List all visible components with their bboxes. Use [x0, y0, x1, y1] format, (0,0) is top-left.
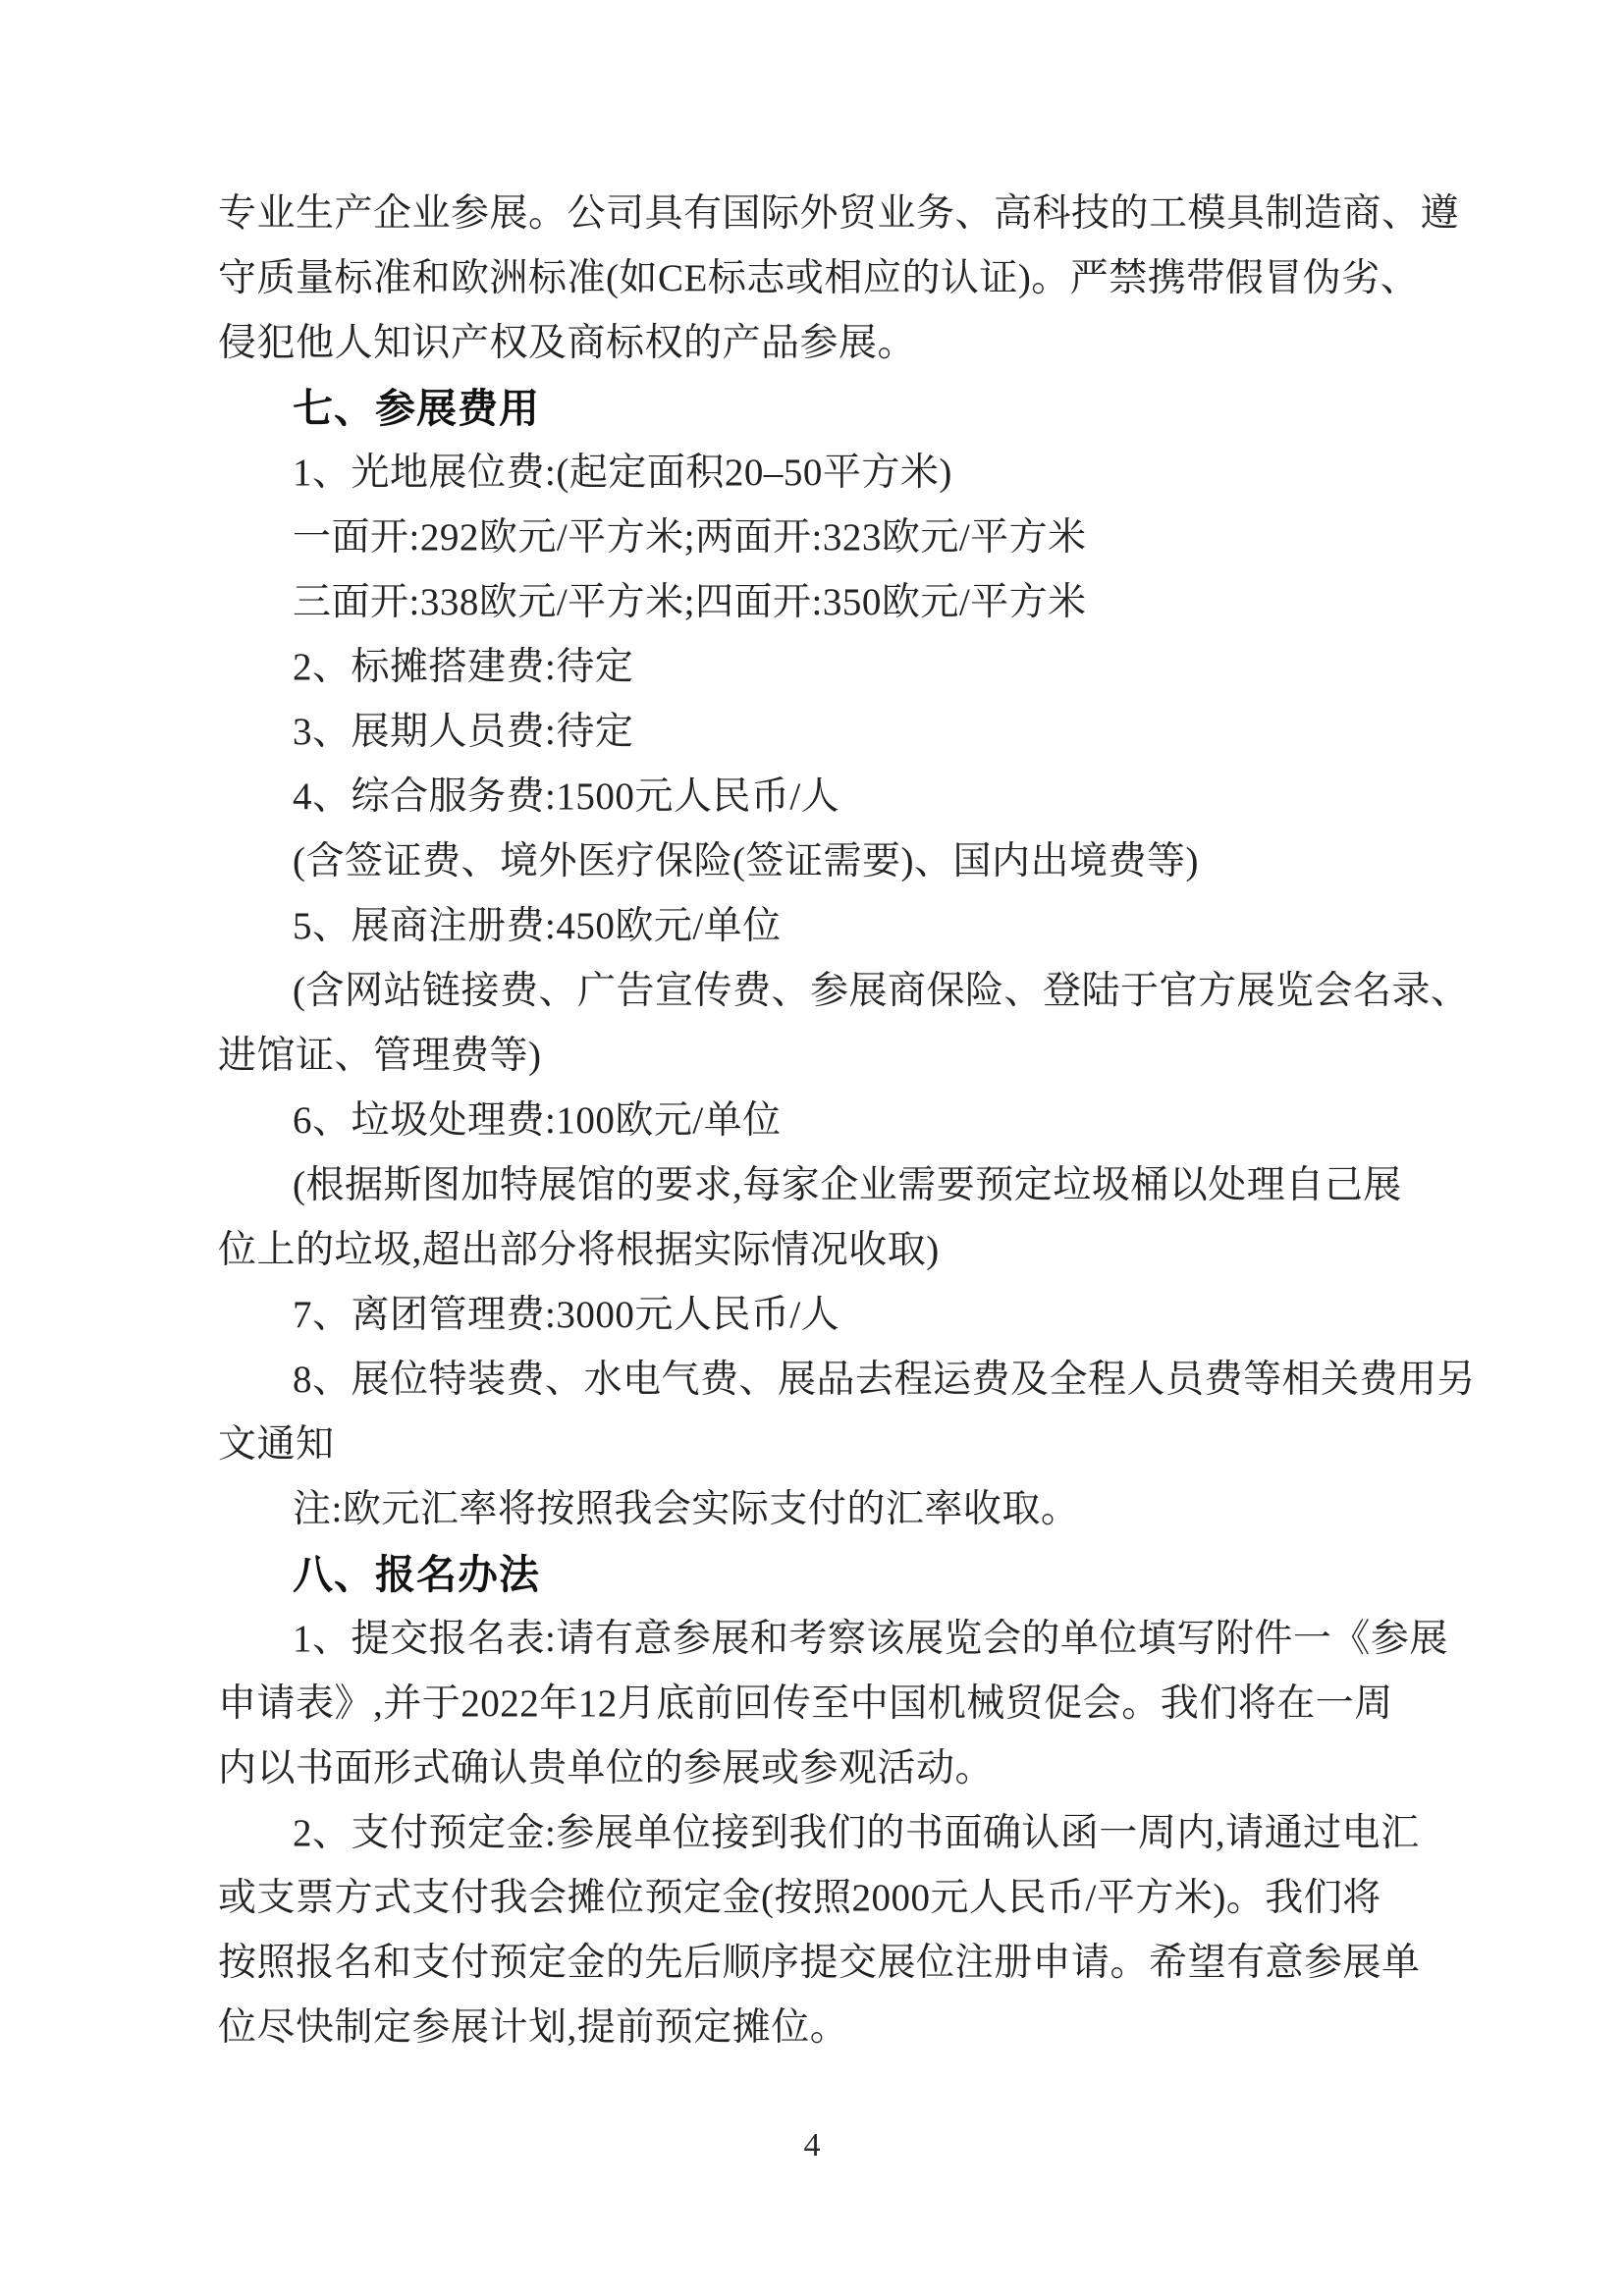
page-number: 4	[0, 2113, 1624, 2178]
text-line: 专业生产企业参展。公司具有国际外贸业务、高科技的工模具制造商、遵	[218, 182, 1426, 246]
text-line: 8、展位特装费、水电气费、展品去程运费及全程人员费等相关费用另	[218, 1348, 1426, 1413]
text-line: 7、离团管理费:3000元人民币/人	[218, 1283, 1426, 1348]
text-line: 位上的垃圾,超出部分将根据实际情况收取)	[218, 1218, 1426, 1283]
text-line: 6、垃圾处理费:100欧元/单位	[218, 1089, 1426, 1153]
text-line: 3、展期人员费:待定	[218, 700, 1426, 765]
text-line: 申请表》,并于2022年12月底前回传至中国机械贸促会。我们将在一周	[218, 1672, 1426, 1736]
section-heading: 八、报名办法	[218, 1542, 1426, 1607]
text-line: 或支票方式支付我会摊位预定金(按照2000元人民币/平方米)。我们将	[218, 1866, 1426, 1931]
text-line: 守质量标准和欧洲标准(如CE标志或相应的认证)。严禁携带假冒伪劣、	[218, 246, 1426, 311]
text-line: 位尽快制定参展计划,提前预定摊位。	[218, 1996, 1426, 2060]
text-line: 1、提交报名表:请有意参展和考察该展览会的单位填写附件一《参展	[218, 1607, 1426, 1672]
text-line: 侵犯他人知识产权及商标权的产品参展。	[218, 311, 1426, 376]
text-line: 一面开:292欧元/平方米;两面开:323欧元/平方米	[218, 506, 1426, 570]
text-line: 文通知	[218, 1413, 1426, 1477]
text-line: 1、光地展位费:(起定面积20–50平方米)	[218, 441, 1426, 506]
text-line: 内以书面形式确认贵单位的参展或参观活动。	[218, 1736, 1426, 1801]
text-line: 按照报名和支付预定金的先后顺序提交展位注册申请。希望有意参展单	[218, 1931, 1426, 1996]
text-line: (根据斯图加特展馆的要求,每家企业需要预定垃圾桶以处理自己展	[218, 1153, 1426, 1218]
text-line: 三面开:338欧元/平方米;四面开:350欧元/平方米	[218, 570, 1426, 635]
text-line: 进馆证、管理费等)	[218, 1024, 1426, 1089]
text-line: (含网站链接费、广告宣传费、参展商保险、登陆于官方展览会名录、	[218, 959, 1426, 1024]
text-line: 2、支付预定金:参展单位接到我们的书面确认函一周内,请通过电汇	[218, 1801, 1426, 1866]
section-heading: 七、参展费用	[218, 376, 1426, 441]
text-line: 5、展商注册费:450欧元/单位	[218, 894, 1426, 959]
text-line: (含签证费、境外医疗保险(签证需要)、国内出境费等)	[218, 829, 1426, 894]
text-line: 注:欧元汇率将按照我会实际支付的汇率收取。	[218, 1477, 1426, 1542]
document-lines: 专业生产企业参展。公司具有国际外贸业务、高科技的工模具制造商、遵守质量标准和欧洲…	[218, 182, 1426, 2060]
text-line: 4、综合服务费:1500元人民币/人	[218, 765, 1426, 829]
text-line: 2、标摊搭建费:待定	[218, 635, 1426, 700]
document-page: 专业生产企业参展。公司具有国际外贸业务、高科技的工模具制造商、遵守质量标准和欧洲…	[0, 0, 1624, 2296]
